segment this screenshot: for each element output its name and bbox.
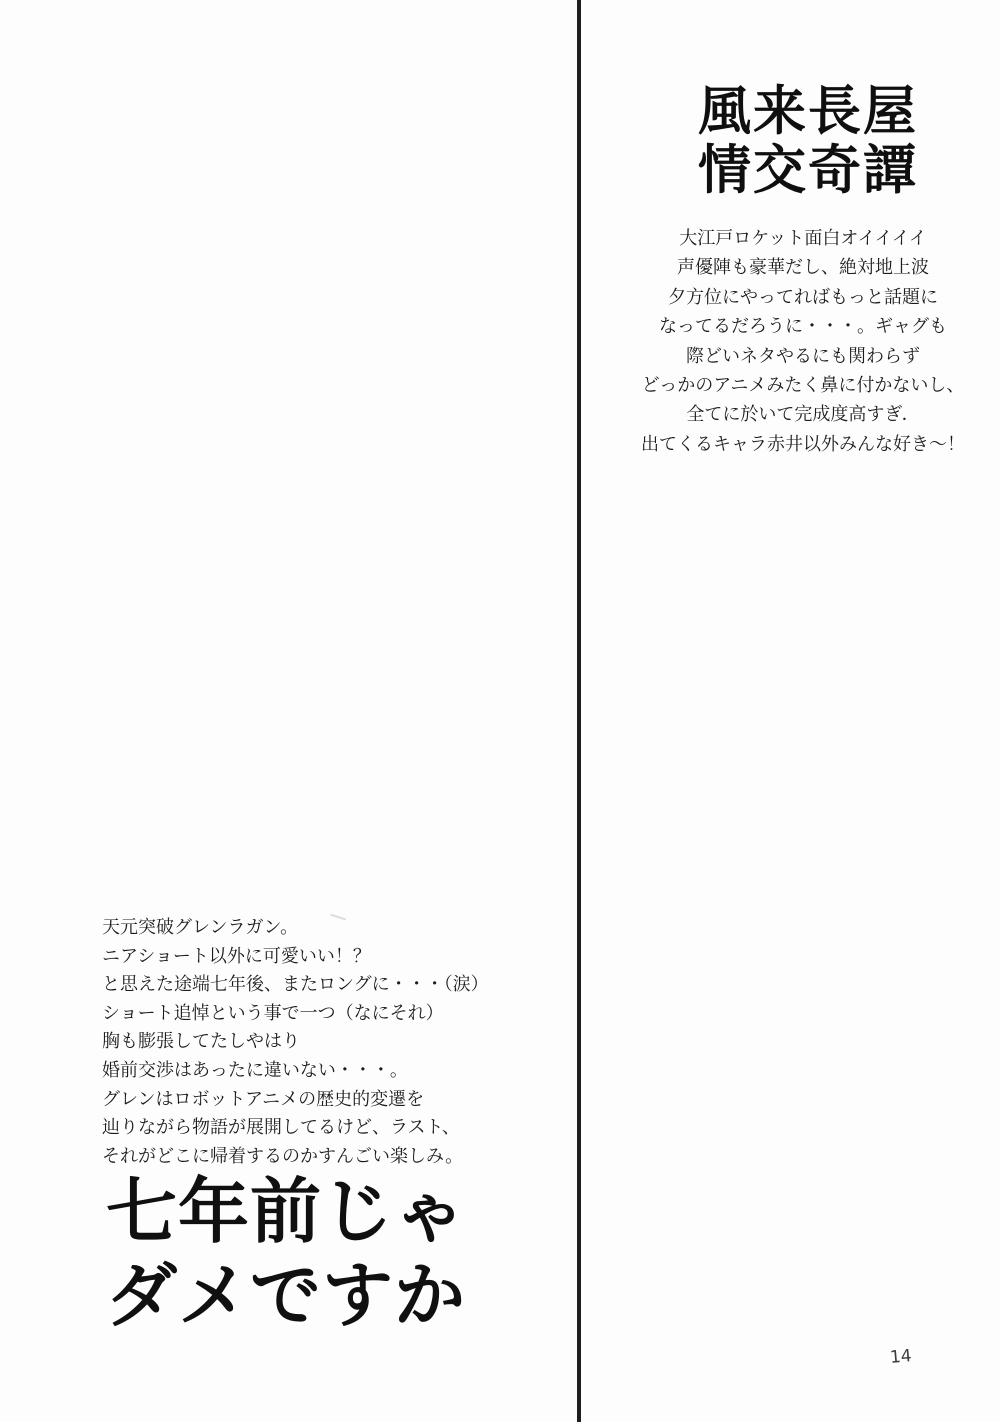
review-paragraph-oedo-rocket: 大江戸ロケット面白オイイイイ 声優陣も豪華だし、絶対地上波 夕方位にやってればも… [600, 224, 1000, 459]
paragraph-line: ニアショート以外に可愛いい！？ [102, 943, 542, 972]
calligraphy-title-line-2: 情交奇譚 [600, 141, 1000, 200]
page-number: 14 [889, 1346, 912, 1368]
paragraph-line: 出てくるキャラ赤井以外みんな好き〜！ [600, 430, 1000, 459]
paragraph-line: 全てに於いて完成度高すぎ． [600, 400, 1000, 429]
headline-line-1: 七年前じゃ [106, 1170, 466, 1254]
paragraph-line: 胸も膨張してたしやはり [102, 1028, 542, 1057]
paragraph-line: 婚前交渉はあったに違いない・・・。 [102, 1057, 542, 1086]
headline-line-2: ダメですか [106, 1254, 466, 1338]
paragraph-line: ショート追悼という事で一つ（なにそれ） [102, 1000, 542, 1029]
section-title-calligraphy: 風来長屋 情交奇譚 [600, 82, 1000, 200]
paragraph-line: 夕方位にやってればもっと話題に [600, 283, 1000, 312]
paragraph-line: 際どいネタやるにも関わらず [600, 342, 1000, 371]
review-paragraph-gurren-lagann: 天元突破グレンラガン。 ニアショート以外に可愛いい！？ と思えた途端七年後、また… [102, 914, 542, 1171]
paragraph-line: グレンはロボットアニメの歴史的変遷を [102, 1086, 542, 1115]
headline-big-text: 七年前じゃ ダメですか [106, 1170, 466, 1338]
paragraph-line: どっかのアニメみたく鼻に付かないし、 [600, 371, 1000, 400]
calligraphy-title-line-1: 風来長屋 [600, 82, 1000, 141]
paragraph-line: と思えた途端七年後、またロングに・・・（涙） [102, 971, 542, 1000]
paragraph-line: 天元突破グレンラガン。 [102, 914, 542, 943]
paragraph-line: 辿りながら物語が展開してるけど、ラスト、 [102, 1114, 542, 1143]
column-divider-line [577, 0, 581, 1422]
paragraph-line: 声優陣も豪華だし、絶対地上波 [600, 253, 1000, 282]
paragraph-line: 大江戸ロケット面白オイイイイ [600, 224, 1000, 253]
scanned-page: 風来長屋 情交奇譚 大江戸ロケット面白オイイイイ 声優陣も豪華だし、絶対地上波 … [0, 0, 1000, 1422]
paragraph-line: なってるだろうに・・・。ギャグも [600, 312, 1000, 341]
paragraph-line: それがどこに帰着するのかすんごい楽しみ。 [102, 1143, 542, 1172]
